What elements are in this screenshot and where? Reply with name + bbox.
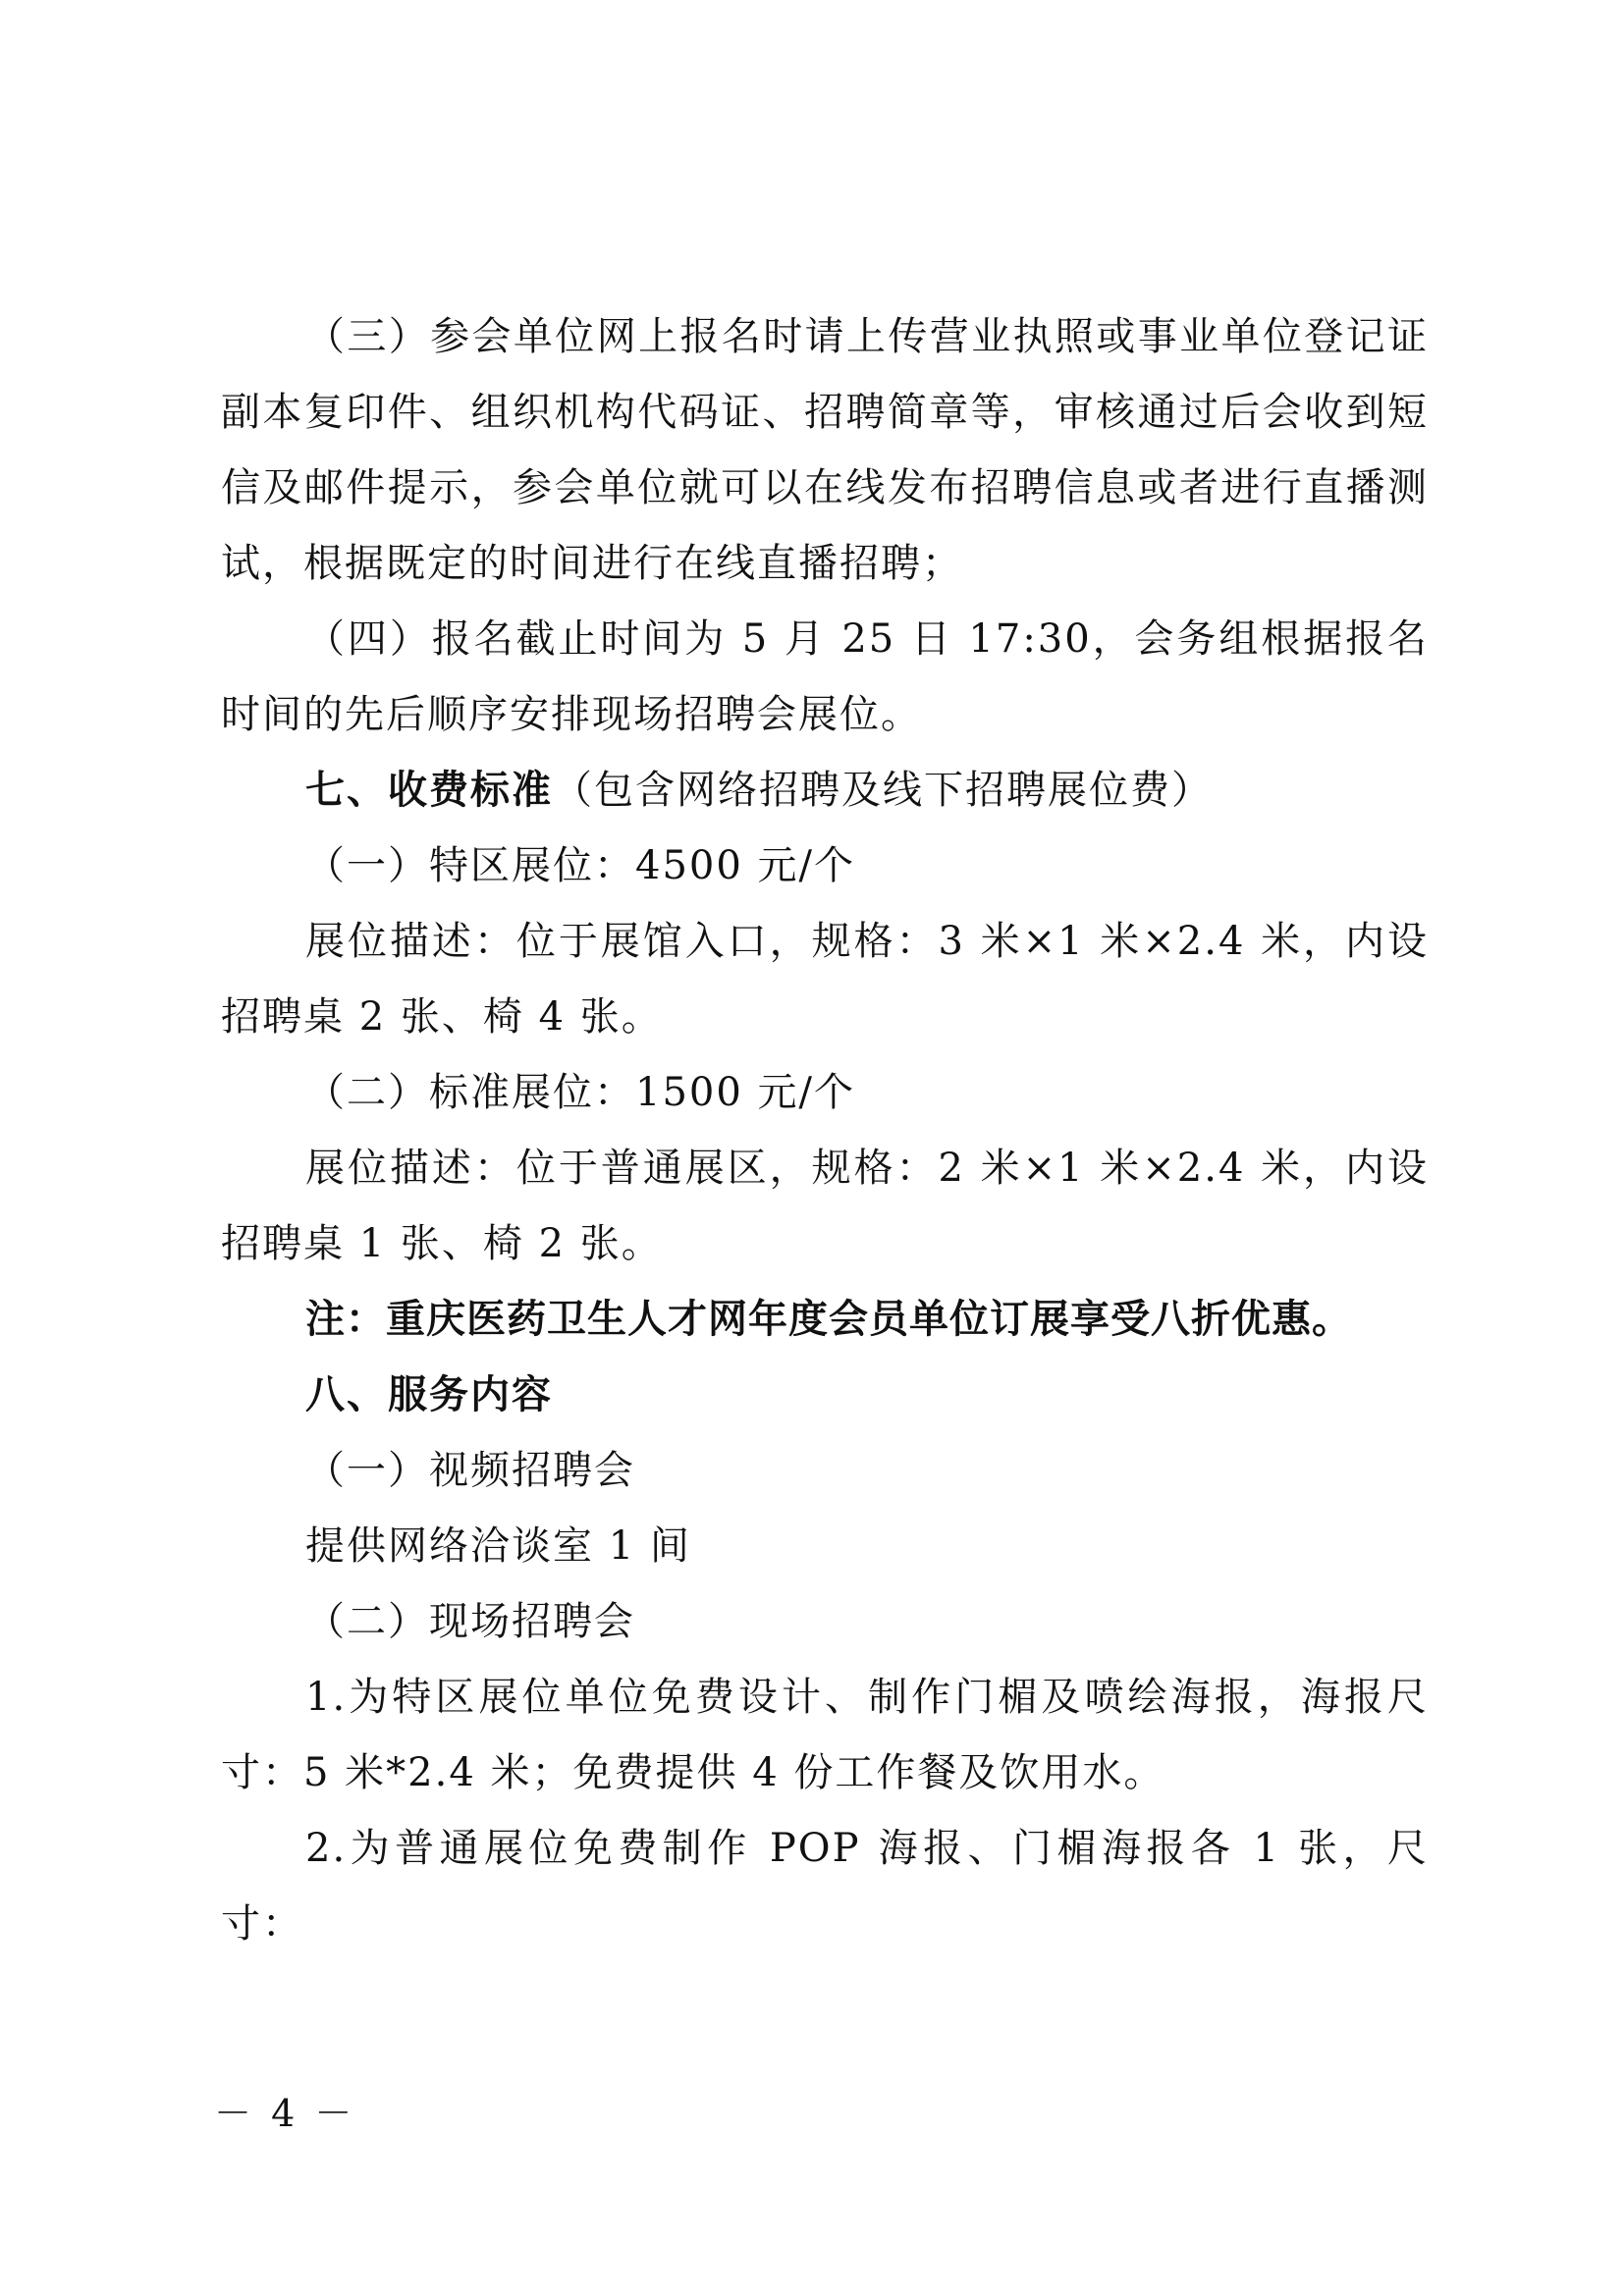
onsite-fair-title: （二）现场招聘会 — [221, 1584, 1429, 1660]
paragraph-registration-upload: （三）参会单位网上报名时请上传营业执照或事业单位登记证副本复印件、组织机构代码证… — [221, 299, 1429, 602]
booth-standard-description: 展位描述：位于普通展区，规格：2 米×1 米×2.4 米，内设招聘桌 1 张、椅… — [221, 1131, 1429, 1282]
paragraph-registration-deadline: （四）报名截止时间为 5 月 25 日 17:30，会务组根据报名时间的先后顺序… — [221, 602, 1429, 753]
section-7-heading-line: 七、收费标准（包含网络招聘及线下招聘展位费） — [221, 753, 1429, 828]
video-fair-title: （一）视频招聘会 — [221, 1433, 1429, 1509]
member-discount-note: 注：重庆医药卫生人才网年度会员单位订展享受八折优惠。 — [221, 1282, 1429, 1358]
section-8-heading-line: 八、服务内容 — [221, 1358, 1429, 1433]
section-7-heading-note: （包含网络招聘及线下招聘展位费） — [553, 768, 1213, 813]
section-7-heading: 七、收费标准 — [305, 768, 553, 813]
onsite-fair-item-1: 1.为特区展位单位免费设计、制作门楣及喷绘海报，海报尺寸：5 米*2.4 米；免… — [221, 1660, 1429, 1811]
booth-special-description: 展位描述：位于展馆入口，规格：3 米×1 米×2.4 米，内设招聘桌 2 张、椅… — [221, 904, 1429, 1055]
document-page: （三）参会单位网上报名时请上传营业执照或事业单位登记证副本复印件、组织机构代码证… — [0, 0, 1624, 2296]
booth-special-title: （一）特区展位：4500 元/个 — [221, 828, 1429, 904]
section-8-heading: 八、服务内容 — [305, 1372, 553, 1417]
video-fair-text: 提供网络洽谈室 1 间 — [221, 1509, 1429, 1584]
document-body: （三）参会单位网上报名时请上传营业执照或事业单位登记证副本复印件、组织机构代码证… — [221, 299, 1429, 1962]
booth-standard-title: （二）标准展位：1500 元/个 — [221, 1055, 1429, 1131]
page-number: － 4 － — [214, 2083, 355, 2137]
onsite-fair-item-2: 2.为普通展位免费制作 POP 海报、门楣海报各 1 张，尺寸： — [221, 1811, 1429, 1962]
